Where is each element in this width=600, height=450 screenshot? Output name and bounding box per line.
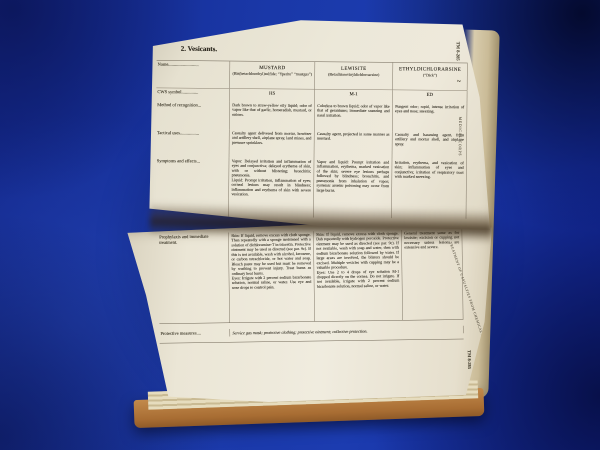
row-label-cws-symbol: CWS symbol...............	[156, 88, 229, 102]
row-label-recognition: Method of recognition...	[156, 101, 229, 130]
agent-alias: (Bis(betachlorethyl)sulfide; “Yperite” “…	[232, 70, 312, 76]
table-row-symptoms: Symptoms and effects... Vapor: Delayed i…	[155, 157, 467, 219]
tactical-mustard: Casualty agent delivered from mortar, ho…	[229, 130, 314, 159]
agent-header-lewisite: LEWISITE (Betachlorovinyldichloroarsine)	[314, 62, 392, 90]
tactical-lewisite: Casualty agent, projected in same manner…	[314, 130, 392, 159]
row-label-treatment: Prophylaxis and immediate treatment.	[158, 232, 229, 323]
margin-tm-number: TM 8-285	[456, 42, 461, 61]
recognition-mustard: Dark brown to straw-yellow oily liquid; …	[229, 102, 314, 131]
table-row-tactical-uses: Tactical uses................. Casualty …	[156, 129, 467, 160]
protective-measures-value: Service gas mask; protective clothing; p…	[229, 325, 463, 336]
top-page-content: 2. Vesicants. TM 8-285 2 MEDICAL CORPS N…	[146, 16, 490, 230]
section-heading: 2. Vesicants.	[181, 45, 217, 53]
row-label-name: Name...........................	[156, 61, 229, 89]
tactical-ed: Casualty and harassing agent, from artil…	[392, 131, 467, 160]
vesicants-table: Name........................... MUSTARD …	[155, 60, 467, 219]
row-label-symptoms: Symptoms and effects...	[155, 157, 229, 217]
cws-symbol-mustard: HS	[229, 89, 314, 103]
cws-symbol-ed: ED	[392, 90, 467, 104]
symptoms-lewisite: Vapor and liquid: Prompt irritation and …	[313, 158, 392, 218]
row-label-protective-measures: Protective measures....	[159, 329, 229, 337]
top-page: 2. Vesicants. TM 8-285 2 MEDICAL CORPS N…	[146, 16, 490, 230]
agent-alias: (“Dick”)	[395, 72, 464, 78]
recognition-ed: Pungent odor; rapid, intense irritation …	[392, 103, 467, 132]
vesicants-table-continued: Prophylaxis and immediate treatment. Ski…	[158, 229, 464, 343]
agent-header-mustard: MUSTARD (Bis(betachlorethyl)sulfide; “Yp…	[229, 61, 314, 89]
table-header-row: Name........................... MUSTARD …	[156, 60, 467, 91]
agent-name: ETHYLDICHLORARSINE	[396, 64, 465, 73]
treatment-mustard: Skin: If liquid, remove excess with clot…	[228, 231, 314, 322]
table-row-treatment: Prophylaxis and immediate treatment. Ski…	[158, 229, 463, 323]
row-label-tactical-uses: Tactical uses.................	[156, 129, 229, 158]
photo-of-open-manual: 2. Vesicants. TM 8-285 2 MEDICAL CORPS N…	[0, 0, 600, 450]
bottom-page-content: TREATMENT OF CASUALTIES FROM CHEMICAL AG…	[120, 224, 492, 402]
symptoms-mustard: Vapor: Delayed irritation and inflammati…	[228, 158, 314, 218]
margin-tm-number: TM 8-285	[467, 350, 472, 369]
agent-header-ethyldichlorarsine: ETHYLDICHLORARSINE (“Dick”)	[392, 63, 467, 91]
bottom-page: TREATMENT OF CASUALTIES FROM CHEMICAL AG…	[120, 224, 492, 402]
symptoms-ed: Irritation, erythema, and vesication of …	[391, 159, 467, 219]
cws-symbol-lewisite: M-1	[314, 89, 392, 103]
agent-alias: (Betachlorovinyldichloroarsine)	[317, 71, 390, 77]
table-row-recognition: Method of recognition... Dark brown to s…	[156, 101, 467, 132]
table-row-protective-measures: Protective measures.... Service gas mask…	[159, 319, 463, 343]
treatment-lewisite: Skin: If liquid, remove excess with clot…	[313, 230, 402, 321]
treatment-ed: General treatment same as for lewisite; …	[401, 229, 463, 320]
recognition-lewisite: Colorless to brown liquid; odor of vapor…	[314, 102, 392, 131]
